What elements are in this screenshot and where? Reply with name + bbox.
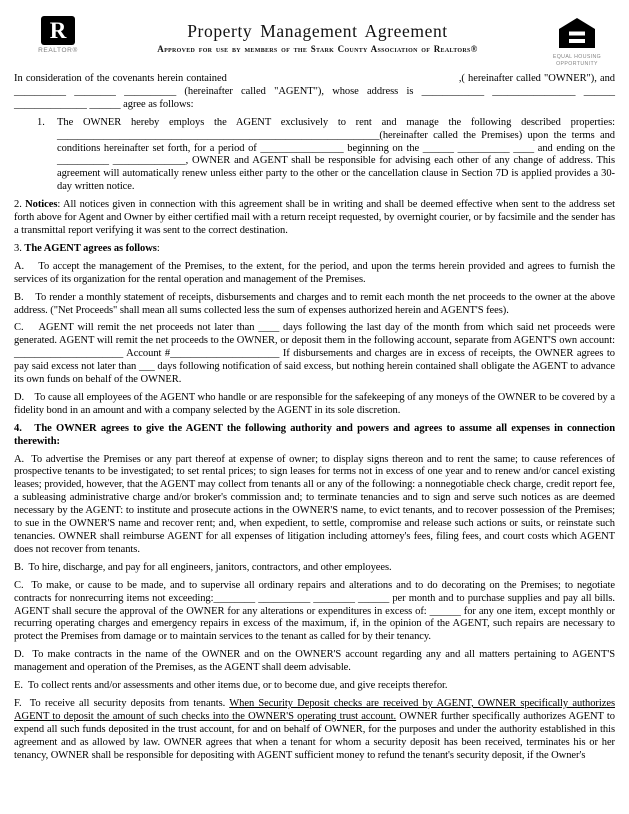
clause-1-employment: 1.The OWNER hereby employs the AGENT exc… (14, 117, 615, 194)
text-run: A. To accept the management of the Premi… (14, 261, 615, 285)
text-run: 3. (14, 243, 24, 254)
title-block: Property Management Agreement Approved f… (86, 16, 549, 54)
clause-3b-monthly-statement: B. To render a monthly statement of rece… (14, 292, 615, 318)
clause-2-notices: 2. Notices: All notices given in connect… (14, 199, 615, 238)
blank-field: ____________ ________________ (422, 86, 576, 97)
realtor-r-icon: R (41, 16, 75, 45)
text-run: In consideration of the covenants herein… (14, 73, 227, 84)
clause-3a-management: A. To accept the management of the Premi… (14, 261, 615, 287)
text-run: E. To collect rents and/or assessments a… (14, 680, 447, 691)
equal-housing-house-icon (559, 18, 595, 48)
blank-field: ________________________________________… (57, 130, 379, 141)
clause-3d-fidelity-bond: D. To cause all employees of the AGENT w… (14, 392, 615, 418)
text-run: C. AGENT will remit the net proceeds not… (14, 322, 258, 333)
text-run (576, 86, 584, 97)
realtor-logo: R REALTOR® (30, 16, 86, 54)
document-page: R REALTOR® Property Management Agreement… (0, 0, 629, 814)
text-run: 2. (14, 199, 25, 210)
equal-housing-logo: EQUAL HOUSING OPPORTUNITY (549, 16, 605, 67)
text-run: ,( hereinafter called "OWNER"), and (459, 73, 615, 84)
clause-4e-rent-collection: E. To collect rents and/or assessments a… (14, 680, 615, 693)
blank-field: ______ (430, 606, 461, 617)
bold-text: 4. The OWNER agrees to give the AGENT th… (14, 423, 615, 447)
bold-text: Notices (25, 199, 57, 210)
blank-field: ________________ (260, 143, 343, 154)
blank-field: __________ ________ __________ (14, 86, 176, 97)
text-run: (hereinafter called "AGENT"), whose addr… (176, 86, 421, 97)
bold-text: The AGENT agrees as follows (24, 243, 156, 254)
text-run: F. To receive all security deposits from… (14, 698, 229, 709)
text-run: A. To advertise the Premises or any part… (14, 454, 615, 555)
text-run: The OWNER hereby employs the AGENT exclu… (57, 117, 615, 128)
blank-field: __________ ______________ (57, 155, 186, 166)
blank-field: ___ (139, 361, 155, 372)
text-run: D. To make contracts in the name of the … (14, 649, 615, 673)
clause-4d-contracts: D. To make contracts in the name of the … (14, 649, 615, 675)
intro-paragraph: In consideration of the covenants herein… (14, 73, 615, 112)
text-run: B. To render a monthly statement of rece… (14, 292, 615, 316)
clause-4c-repairs: C. To make, or cause to be made, and to … (14, 580, 615, 645)
blank-field (227, 80, 459, 81)
text-run: and ending on the (534, 143, 615, 154)
blank-field: ____ (258, 322, 279, 333)
blank-field: _____________________ (14, 348, 123, 359)
page-subtitle: Approved for use by members of the Stark… (86, 44, 549, 54)
document-header: R REALTOR® Property Management Agreement… (0, 0, 629, 67)
text-run: B. To hire, discharge, and pay for all e… (14, 562, 392, 573)
text-run: D. To cause all employees of the AGENT w… (14, 392, 615, 416)
equal-housing-caption: EQUAL HOUSING OPPORTUNITY (549, 54, 605, 67)
clause-3c-net-proceeds: C. AGENT will remit the net proceeds not… (14, 322, 615, 387)
blank-field: ________ __________ ________ ______ (213, 593, 389, 604)
clause-4a-advertising: A. To advertise the Premises or any part… (14, 454, 615, 557)
page-title: Property Management Agreement (86, 21, 549, 42)
clause-4b-hiring: B. To hire, discharge, and pay for all e… (14, 562, 615, 575)
document-body: In consideration of the covenants herein… (0, 67, 629, 763)
text-run: Account # (123, 348, 170, 359)
blank-field: _____________________ (170, 348, 279, 359)
text-run: agree as follows: (121, 99, 194, 110)
text-run: : (157, 243, 160, 254)
section-3-heading: 3. The AGENT agrees as follows: (14, 243, 615, 256)
realtor-logo-letter: R (50, 19, 67, 42)
clause-4f-security-deposits: F. To receive all security deposits from… (14, 698, 615, 763)
realtor-logo-caption: REALTOR® (30, 47, 86, 54)
blank-field: ______ __________ ____ (423, 143, 534, 154)
section-4-heading: 4. The OWNER agrees to give the AGENT th… (14, 423, 615, 449)
item-number: 1. (37, 117, 45, 130)
text-run: : All notices given in connection with t… (14, 199, 615, 236)
text-run: beginning on the (344, 143, 423, 154)
